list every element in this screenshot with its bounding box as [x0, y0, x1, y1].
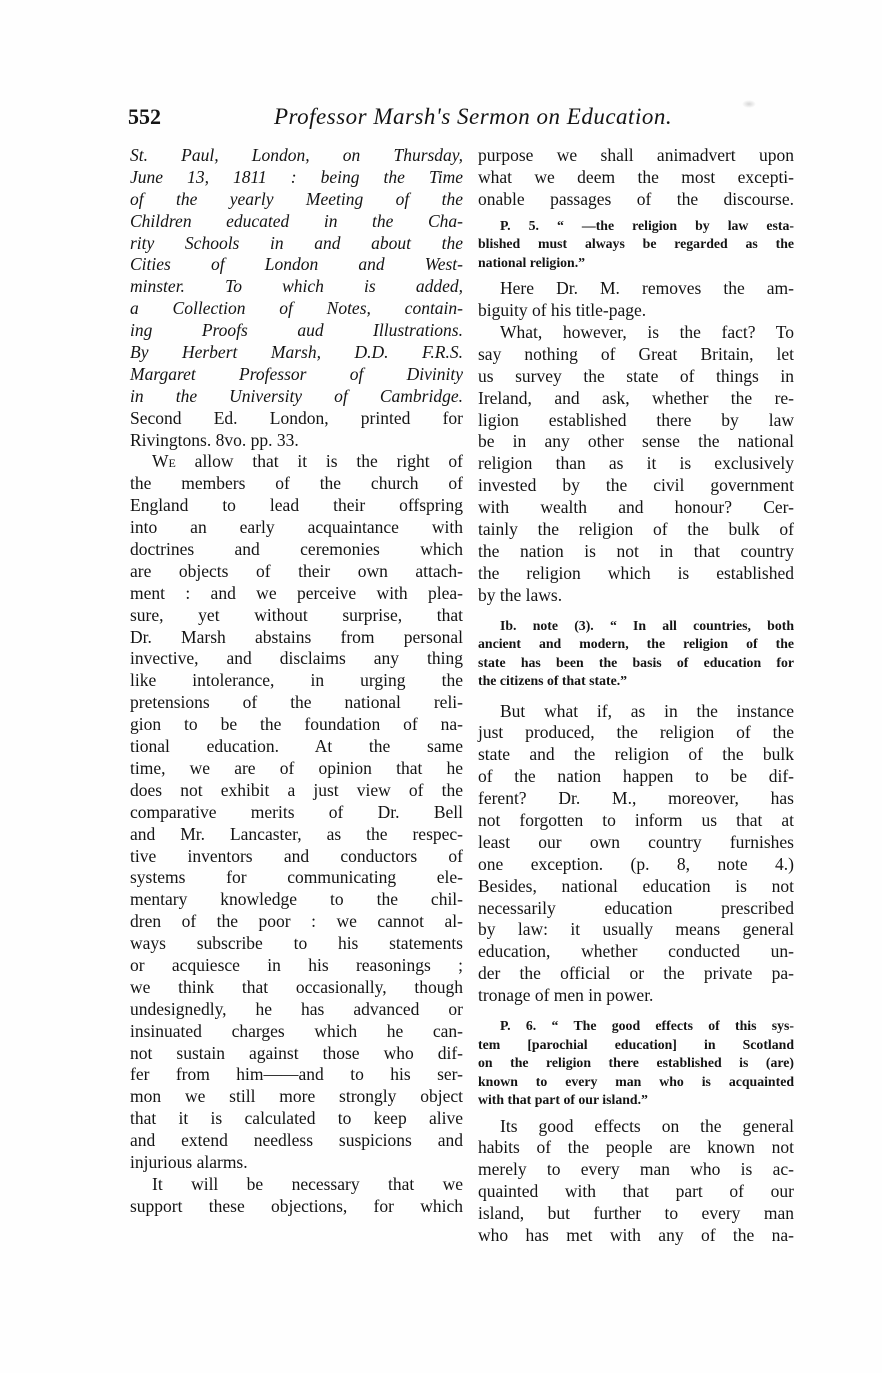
text-line: Its good effects on the general — [478, 1116, 794, 1138]
text-line: doctrines and ceremonies which — [130, 539, 463, 561]
text-line: into an early acquaintance with — [130, 517, 463, 539]
text-line: P. 5. “ —the religion by law esta- — [478, 217, 794, 236]
text-line: a Collection of Notes, contain- — [130, 298, 463, 320]
review-paragraph: It will be necessary that wesupport thes… — [130, 1174, 463, 1218]
text-line: the members of the church of — [130, 473, 463, 495]
text-line: habits of the people are known not — [478, 1137, 794, 1159]
text-line: invective, and disclaims any thing — [130, 648, 463, 670]
text-line: We allow that it is the right of — [130, 451, 463, 473]
text-line: Besides, national education is not — [478, 876, 794, 898]
text-line: with wealth and honour? Cer- — [478, 497, 794, 519]
text-line: and extend needless suspicions and — [130, 1130, 463, 1152]
text-line: sure, yet without surprise, that — [130, 605, 463, 627]
text-line: are objects of their own attach- — [130, 561, 463, 583]
text-line: education, whether conducted un- — [478, 941, 794, 963]
text-line: time, we are of opinion that he — [130, 758, 463, 780]
text-line: who has met with any of the na- — [478, 1225, 794, 1247]
text-line: state and the religion of the bulk — [478, 744, 794, 766]
text-line: tainly the religion of the bulk of — [478, 519, 794, 541]
text-line: us survey the state of things in — [478, 366, 794, 388]
text-line: fer from him——and to his ser- — [130, 1064, 463, 1086]
review-paragraph: What, however, is the fact? Tosay nothin… — [478, 322, 794, 607]
text-line: Cities of London and West- — [130, 254, 463, 276]
text-line: tem [parochial education] in Scotland — [478, 1036, 794, 1055]
text-line: ing Proofs aud Illustrations. — [130, 320, 463, 342]
text-line: pretensions of the national reli- — [130, 692, 463, 714]
text-line: we think that occasionally, though — [130, 977, 463, 999]
text-line: quainted with that part of our — [478, 1181, 794, 1203]
text-line: with that part of our island.” — [478, 1091, 794, 1110]
text-line: blished must always be regarded as the — [478, 235, 794, 254]
quotation-block: Ib. note (3). “ In all countries, bothan… — [478, 617, 794, 691]
text-line: the citizens of that state.” — [478, 672, 794, 691]
text-line: biguity of his title-page. — [478, 300, 794, 322]
text-line: comparative merits of Dr. Bell — [130, 802, 463, 824]
text-line: By Herbert Marsh, D.D. F.R.S. — [130, 342, 463, 364]
text-line: Ireland, and ask, whether the re- — [478, 388, 794, 410]
text-line: It will be necessary that we — [130, 1174, 463, 1196]
text-line: ways subscribe to his statements — [130, 933, 463, 955]
text-line: in the University of Cambridge. — [130, 386, 463, 408]
text-line: Rivingtons. 8vo. pp. 33. — [130, 430, 463, 452]
text-line: systems for communicating ele- — [130, 867, 463, 889]
text-line: invested by the civil government — [478, 475, 794, 497]
text-line: insinuated charges which he can- — [130, 1021, 463, 1043]
text-line: Ib. note (3). “ In all countries, both — [478, 617, 794, 636]
text-line: not sustain against those who dif- — [130, 1043, 463, 1065]
text-line: What, however, is the fact? To — [478, 322, 794, 344]
text-line: dren of the poor : we cannot al- — [130, 911, 463, 933]
text-line: merely to every man who is ac- — [478, 1159, 794, 1181]
review-paragraph: Its good effects on the generalhabits of… — [478, 1116, 794, 1247]
text-line: known to every man who is acquainted — [478, 1073, 794, 1092]
review-paragraph: But what if, as in the instancejust prod… — [478, 701, 794, 1007]
text-line: Margaret Professor of Divinity — [130, 364, 463, 386]
review-paragraph: We allow that it is the right ofthe memb… — [130, 451, 463, 1173]
book-title-block: St. Paul, London, on Thursday,June 13, 1… — [130, 145, 463, 408]
text-line: national religion.” — [478, 254, 794, 273]
text-line: mentary knowledge to the chil- — [130, 889, 463, 911]
quotation-block: P. 5. “ —the religion by law esta-blishe… — [478, 217, 794, 273]
text-line: tive inventors and conductors of — [130, 846, 463, 868]
text-line: necessarily education prescribed — [478, 898, 794, 920]
text-line: Dr. Marsh abstains from personal — [130, 627, 463, 649]
text-line: the nation is not in that country — [478, 541, 794, 563]
text-line: Here Dr. M. removes the am- — [478, 278, 794, 300]
text-line: does not exhibit a just view of the — [130, 780, 463, 802]
quotation-block: P. 6. “ The good effects of this sys-tem… — [478, 1017, 794, 1110]
text-line: tional education. At the same — [130, 736, 463, 758]
text-line: injurious alarms. — [130, 1152, 463, 1174]
text-line: St. Paul, London, on Thursday, — [130, 145, 463, 167]
text-line: minster. To which is added, — [130, 276, 463, 298]
imprint: Second Ed. London, printed forRivingtons… — [130, 408, 463, 452]
text-line: like intolerance, in urging the — [130, 670, 463, 692]
text-line: what we deem the most excepti- — [478, 167, 794, 189]
text-line: Second Ed. London, printed for — [130, 408, 463, 430]
text-line: and Mr. Lancaster, as the respec- — [130, 824, 463, 846]
text-line: support these objections, for which — [130, 1196, 463, 1218]
text-line: one exception. (p. 8, note 4.) — [478, 854, 794, 876]
text-line: gion to be the foundation of na- — [130, 714, 463, 736]
text-line: purpose we shall animadvert upon — [478, 145, 794, 167]
text-line: mon we still more strongly object — [130, 1086, 463, 1108]
right-column: purpose we shall animadvert uponwhat we … — [478, 145, 794, 1247]
text-line: June 13, 1811 : being the Time — [130, 167, 463, 189]
text-line: of the nation happen to be dif- — [478, 766, 794, 788]
text-line: state has been the basis of education fo… — [478, 654, 794, 673]
text-line: say nothing of Great Britain, let — [478, 344, 794, 366]
text-line: ligion established there by law — [478, 410, 794, 432]
text-line: Children educated in the Cha- — [130, 211, 463, 233]
text-line: religion than as it is exclusively — [478, 453, 794, 475]
page-number: 552 — [128, 104, 161, 130]
review-paragraph: purpose we shall animadvert uponwhat we … — [478, 145, 794, 211]
text-line: by law: it usually means general — [478, 919, 794, 941]
text-line: ferent? Dr. M., moreover, has — [478, 788, 794, 810]
page-header: 552 Professor Marsh's Sermon on Educatio… — [128, 104, 728, 134]
text-line: tronage of men in power. — [478, 985, 794, 1007]
text-line: island, but further to every man — [478, 1203, 794, 1225]
text-line: onable passages of the discourse. — [478, 189, 794, 211]
text-line: ment : and we perceive with plea- — [130, 583, 463, 605]
text-line: or acquiesce in his reasonings ; — [130, 955, 463, 977]
running-title: Professor Marsh's Sermon on Education. — [274, 104, 672, 130]
text-line: der the official or the private pa- — [478, 963, 794, 985]
text-line: undesignedly, he has advanced or — [130, 999, 463, 1021]
text-line: P. 6. “ The good effects of this sys- — [478, 1017, 794, 1036]
text-line: rity Schools in and about the — [130, 233, 463, 255]
text-line: the religion which is established — [478, 563, 794, 585]
left-column: St. Paul, London, on Thursday,June 13, 1… — [130, 145, 463, 1218]
text-line: least our own country furnishes — [478, 832, 794, 854]
text-line: that it is calculated to keep alive — [130, 1108, 463, 1130]
review-paragraph: Here Dr. M. removes the am-biguity of hi… — [478, 278, 794, 322]
text-line: on the religion there established is (ar… — [478, 1054, 794, 1073]
text-line: just produced, the religion of the — [478, 722, 794, 744]
text-line: But what if, as in the instance — [478, 701, 794, 723]
book-page: 552 Professor Marsh's Sermon on Educatio… — [0, 0, 882, 1373]
text-line: be in any other sense the national — [478, 431, 794, 453]
text-line: not forgotten to inform us that at — [478, 810, 794, 832]
text-line: of the yearly Meeting of the — [130, 189, 463, 211]
text-line: by the laws. — [478, 585, 794, 607]
paper-blemish — [742, 100, 756, 108]
text-line: England to lead their offspring — [130, 495, 463, 517]
text-line: ancient and modern, the religion of the — [478, 635, 794, 654]
